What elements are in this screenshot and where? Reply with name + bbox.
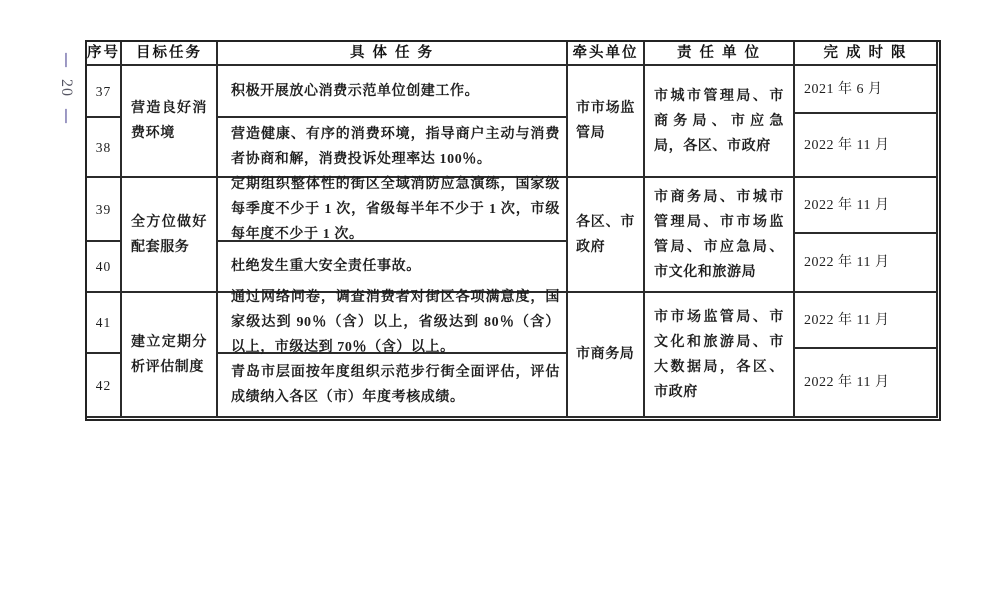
header-resp: 责 任 单 位	[645, 42, 795, 66]
cell-task-39: 定期组织整体性的街区全域消防应急演练，国家级每季度不少于 1 次，省级每半年不少…	[218, 178, 568, 242]
cell-task-41: 通过网络问卷，调查消费者对街区各项满意度，国家级达到 90％（含）以上，省级达到…	[218, 293, 568, 354]
cell-serial-40: 40	[87, 242, 122, 293]
cell-time-38: 2022 年 11 月	[795, 114, 938, 178]
cell-resp-group3: 市市场监管局、市文化和旅游局、市大数据局，各区、市政府	[645, 293, 795, 418]
cell-lead-group1: 市市场监管局	[568, 66, 645, 178]
cell-task-42: 青岛市层面按年度组织示范步行街全面评估，评估成绩纳入各区（市）年度考核成绩。	[218, 354, 568, 418]
cell-serial-38: 38	[87, 118, 122, 178]
cell-time-39: 2022 年 11 月	[795, 178, 938, 234]
cell-resp-group2: 市商务局、市城市管理局、市市场监管局、市应急局、市文化和旅游局	[645, 178, 795, 293]
cell-serial-41: 41	[87, 293, 122, 354]
cell-goal-group1: 营造良好消费环境	[122, 66, 218, 178]
cell-goal-group3: 建立定期分析评估制度	[122, 293, 218, 418]
cell-time-37: 2021 年 6 月	[795, 66, 938, 114]
header-goal: 目标任务	[122, 42, 218, 66]
page-number-label: — 20 —	[57, 43, 75, 133]
cell-serial-39: 39	[87, 178, 122, 242]
task-table: 序号 目标任务 具 体 任 务 牵头单位 责 任 单 位 完 成 时 限 37 …	[85, 40, 941, 421]
cell-task-38: 营造健康、有序的消费环境，指导商户主动与消费者协商和解，消费投诉处理率达 100…	[218, 118, 568, 178]
cell-serial-37: 37	[87, 66, 122, 118]
cell-time-41: 2022 年 11 月	[795, 293, 938, 349]
cell-task-37: 积极开展放心消费示范单位创建工作。	[218, 66, 568, 118]
page-number: 20	[58, 79, 74, 97]
cell-resp-group1: 市城市管理局、市商务局、市应急局，各区、市政府	[645, 66, 795, 178]
header-serial: 序号	[87, 42, 122, 66]
cell-lead-group3: 市商务局	[568, 293, 645, 418]
page-number-dash-top: —	[59, 53, 73, 67]
header-lead: 牵头单位	[568, 42, 645, 66]
page-number-dash-bottom: —	[59, 109, 73, 123]
cell-time-42: 2022 年 11 月	[795, 349, 938, 418]
cell-time-40: 2022 年 11 月	[795, 234, 938, 293]
cell-lead-group2: 各区、市政府	[568, 178, 645, 293]
cell-serial-42: 42	[87, 354, 122, 418]
cell-goal-group2: 全方位做好配套服务	[122, 178, 218, 293]
document-page: — 20 — 序号 目标任务 具 体 任 务 牵头单位 责 任 单 位 完 成 …	[0, 0, 996, 592]
header-time: 完 成 时 限	[795, 42, 938, 66]
header-task: 具 体 任 务	[218, 42, 568, 66]
